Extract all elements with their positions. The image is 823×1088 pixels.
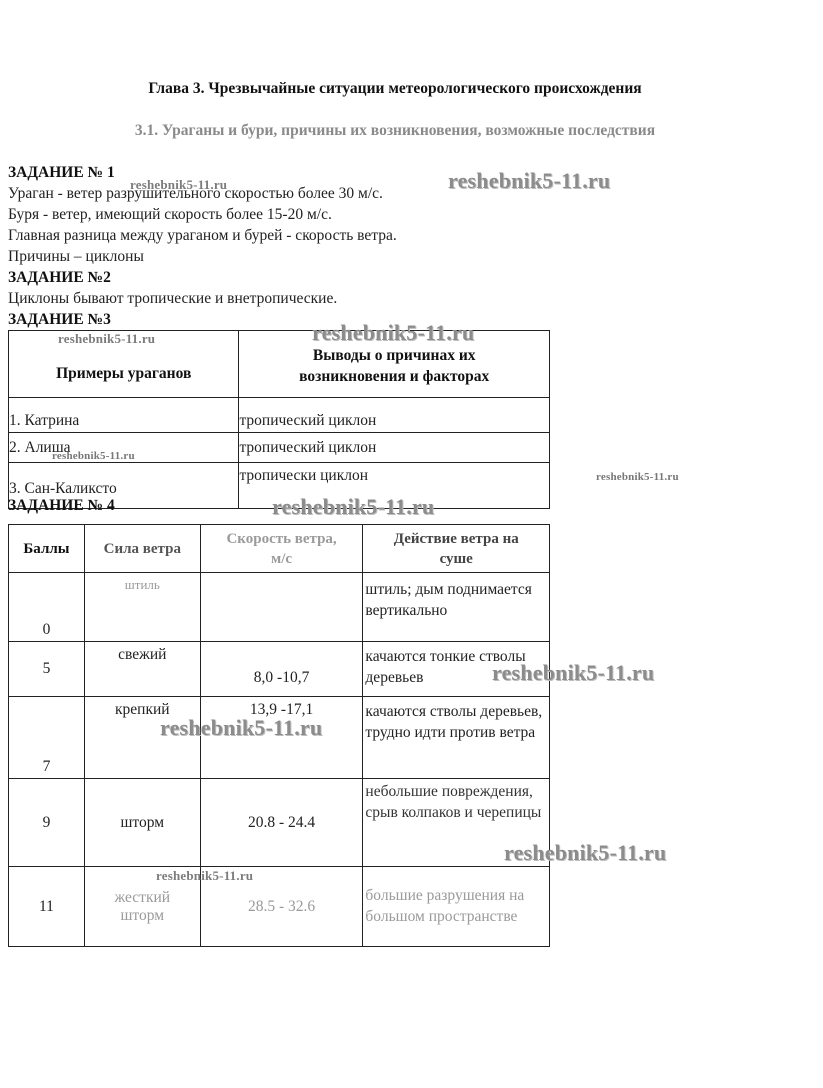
- watermark: reshebnik5-11.ru: [448, 168, 610, 194]
- task1-heading: ЗАДАНИЕ № 1: [8, 164, 115, 182]
- table-cell: 9: [9, 779, 85, 867]
- table-row: 1. Катрина тропический циклон: [9, 398, 550, 433]
- table-cell: тропический циклон: [239, 398, 550, 433]
- table-cell: 1. Катрина: [9, 398, 239, 433]
- watermark: reshebnik5-11.ru: [596, 471, 679, 483]
- table-cell: тропический циклон: [239, 433, 550, 463]
- chapter-title: Глава 3. Чрезвычайные ситуации метеороло…: [0, 80, 790, 98]
- watermark: reshebnik5-11.ru: [52, 450, 135, 462]
- table-cell: 11: [9, 867, 85, 947]
- hurricane-examples-table: Примеры ураганов Выводы о причинах их во…: [8, 330, 550, 509]
- table-cell: 20.8 - 24.4: [200, 779, 363, 867]
- table-cell: 0: [9, 573, 85, 642]
- table-cell: 8,0 -10,7: [200, 642, 363, 697]
- table-cell: свежий: [84, 642, 200, 697]
- column-header: Действие ветра на суше: [363, 525, 550, 573]
- table-cell: штиль: [84, 573, 200, 642]
- watermark: reshebnik5-11.ru: [58, 331, 155, 347]
- table-row: 0 штиль штиль; дым поднимается вертикаль…: [9, 573, 550, 642]
- task4-heading: ЗАДАНИЕ № 4: [8, 497, 115, 515]
- table-cell: качаются стволы деревьев, трудно идти пр…: [363, 697, 550, 779]
- column-header: Скорость ветра, м/с: [200, 525, 363, 573]
- task2-heading: ЗАДАНИЕ №2: [8, 269, 111, 287]
- table-cell: 5: [9, 642, 85, 697]
- watermark: reshebnik5-11.ru: [504, 840, 666, 866]
- table-header-row: Баллы Сила ветра Скорость ветра, м/с Дей…: [9, 525, 550, 573]
- table-cell: большие разрушения на большом пространст…: [363, 867, 550, 947]
- task2-line: Циклоны бывают тропические и внетропичес…: [8, 290, 337, 308]
- column-header: Сила ветра: [84, 525, 200, 573]
- task1-line: Буря - ветер, имеющий скорость более 15-…: [8, 206, 332, 224]
- watermark: reshebnik5-11.ru: [312, 320, 474, 346]
- table-cell: шторм: [84, 779, 200, 867]
- column-header: Баллы: [9, 525, 85, 573]
- table-row: 11 жесткий шторм 28.5 - 32.6 большие раз…: [9, 867, 550, 947]
- task1-line: Причины – циклоны: [8, 248, 144, 266]
- table-row: 5 свежий 8,0 -10,7 качаются тонкие ствол…: [9, 642, 550, 697]
- table-cell: штиль; дым поднимается вертикально: [363, 573, 550, 642]
- table-cell: [200, 573, 363, 642]
- watermark: reshebnik5-11.ru: [492, 660, 654, 686]
- watermark: reshebnik5-11.ru: [130, 177, 227, 193]
- table-cell: 7: [9, 697, 85, 779]
- watermark: reshebnik5-11.ru: [156, 868, 253, 884]
- task3-heading: ЗАДАНИЕ №3: [8, 311, 111, 329]
- section-title: 3.1. Ураганы и бури, причины их возникно…: [0, 122, 790, 140]
- table-row: 9 шторм 20.8 - 24.4 небольшие повреждени…: [9, 779, 550, 867]
- task1-line: Главная разница между ураганом и бурей -…: [8, 227, 397, 245]
- watermark: reshebnik5-11.ru: [160, 715, 322, 741]
- watermark: reshebnik5-11.ru: [272, 494, 434, 520]
